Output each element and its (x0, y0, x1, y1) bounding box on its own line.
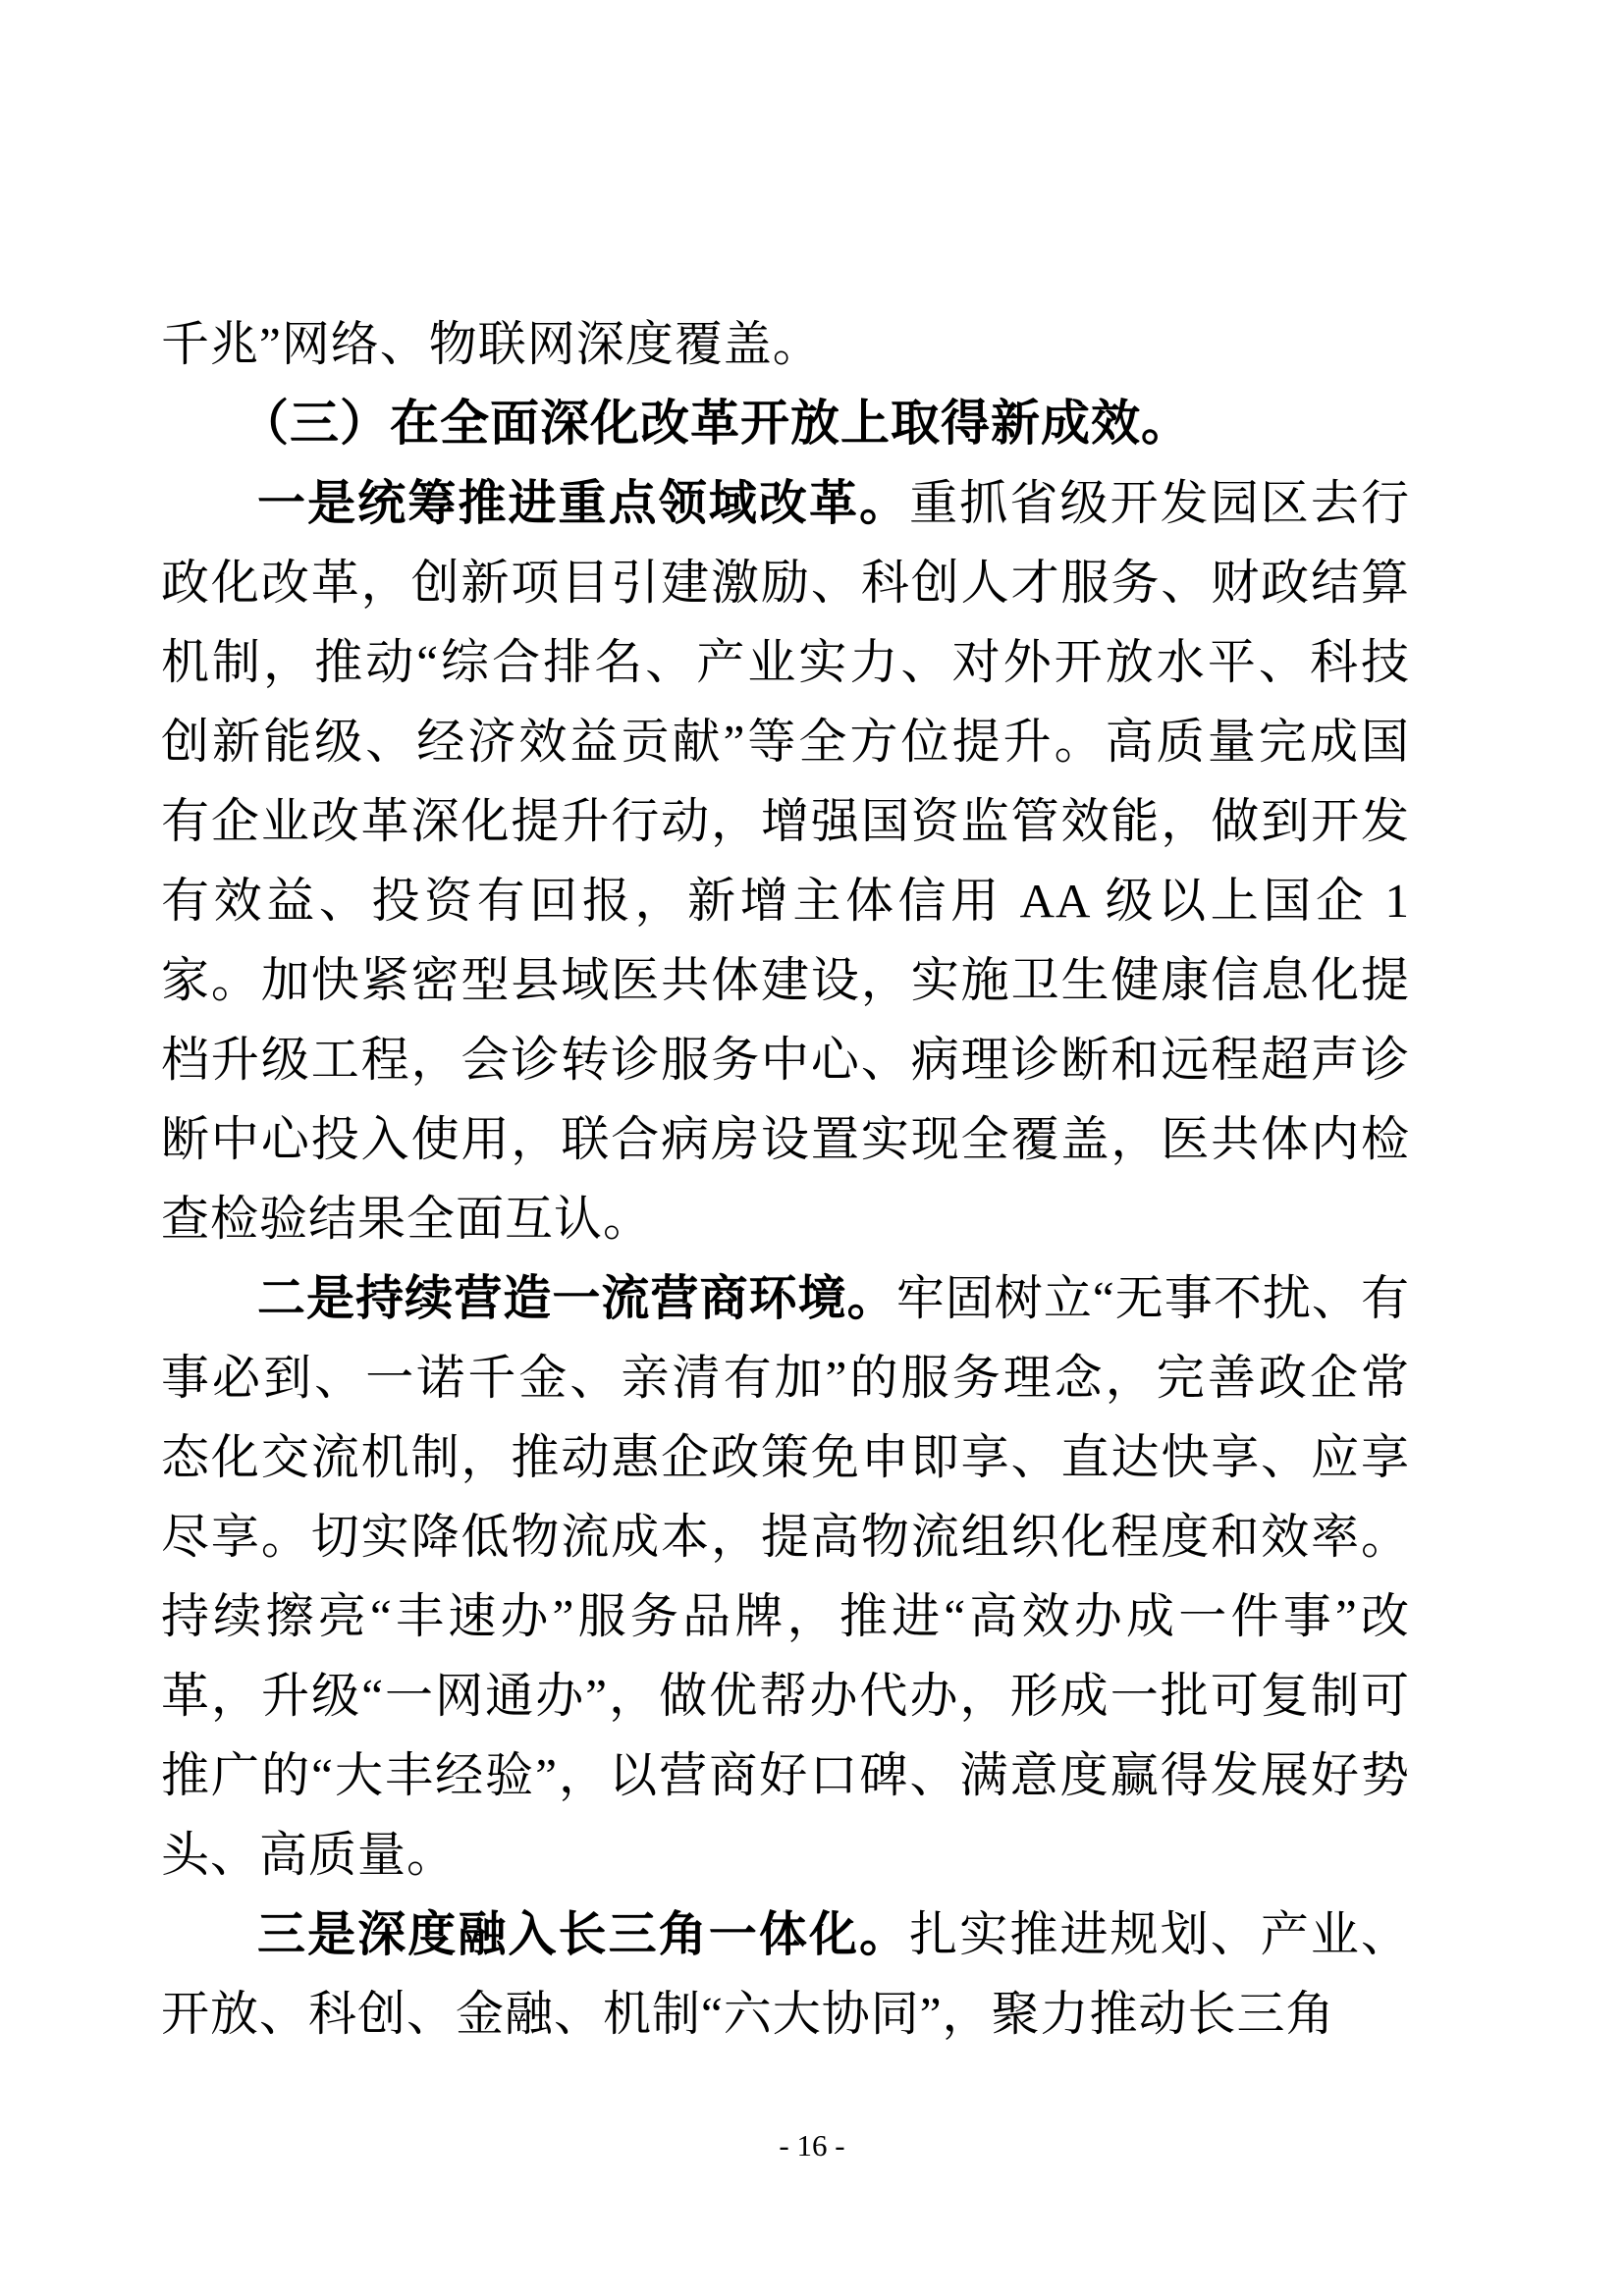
page-number: - 16 - (0, 2126, 1624, 2165)
document-page: 千兆”网络、物联网深度覆盖。 （三）在全面深化改革开放上取得新成效。 一是统筹推… (0, 0, 1624, 2296)
paragraph-yangtze-delta: 三是深度融入长三角一体化。扎实推进规划、产业、开放、科创、金融、机制“六大协同”… (161, 1895, 1410, 2054)
paragraph-yangtze-delta-lead: 三是深度融入长三角一体化。 (257, 1907, 909, 1961)
paragraph-business-environment: 二是持续营造一流营商环境。牢固树立“无事不扰、有事必到、一诺千金、亲清有加”的服… (161, 1258, 1410, 1895)
paragraph-business-environment-lead: 二是持续营造一流营商环境。 (257, 1271, 896, 1325)
paragraph-business-environment-text: 牢固树立“无事不扰、有事必到、一诺千金、亲清有加”的服务理念，完善政企常态化交流… (161, 1271, 1410, 1882)
paragraph-reform: 一是统筹推进重点领域改革。重抓省级开发园区去行政化改革，创新项目引建激励、科创人… (161, 463, 1410, 1258)
paragraph-continuation: 千兆”网络、物联网深度覆盖。 (161, 304, 1410, 384)
section-heading: （三）在全面深化改革开放上取得新成效。 (161, 384, 1410, 463)
document-content: 千兆”网络、物联网深度覆盖。 （三）在全面深化改革开放上取得新成效。 一是统筹推… (161, 304, 1410, 2054)
paragraph-reform-text: 重抓省级开发园区去行政化改革，创新项目引建激励、科创人才服务、财政结算机制，推动… (161, 476, 1410, 1246)
paragraph-reform-lead: 一是统筹推进重点领域改革。 (257, 476, 909, 530)
